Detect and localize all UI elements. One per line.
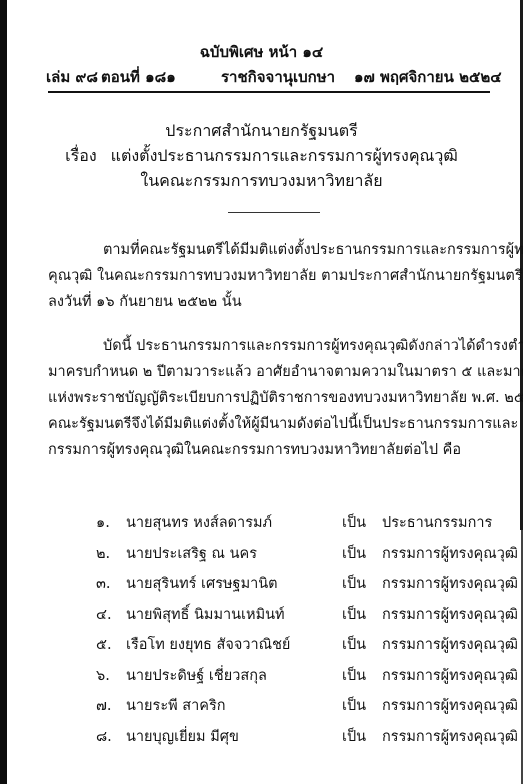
appointee-name: นายพิสุทธิ์ นิมมานเหมินท์: [126, 603, 285, 626]
item-number: ๔.: [96, 603, 122, 626]
item-number: ๗.: [96, 694, 122, 717]
header-divider: [48, 91, 490, 93]
appointee-name: เรือโท ยงยุทธ สัจจวาณิชย์: [126, 633, 290, 656]
appointee-name: นายสุรินทร์ เศรษฐมานิต: [126, 572, 278, 595]
item-number: ๘.: [96, 725, 122, 748]
appointee-role: กรรมการผู้ทรงคุณวุฒิ: [382, 633, 518, 656]
paragraph-line: ตามที่คณะรัฐมนตรีได้มีมติแต่งตั้งประธานก…: [48, 237, 493, 263]
item-number: ๖.: [96, 664, 122, 687]
appointee-name: นายระพี สาคริก: [126, 694, 226, 717]
list-item: ๒. นายประเสริฐ ณ นคร เป็น กรรมการผู้ทรงค…: [96, 542, 506, 573]
list-item: ๕. เรือโท ยงยุทธ สัจจวาณิชย์ เป็น กรรมกา…: [96, 633, 506, 664]
paragraph-line: ลงวันที่ ๑๖ กันยายน ๒๕๒๒ นั้น: [48, 289, 493, 315]
role-verb: เป็น: [342, 664, 366, 687]
title-divider: [228, 212, 320, 213]
subject-text: แต่งตั้งประธานกรรมการและกรรมการผู้ทรงคุณ…: [111, 146, 458, 165]
item-number: ๕.: [96, 633, 122, 656]
list-item: ๘. นายบุญเยี่ยม มีศุข เป็น กรรมการผู้ทรง…: [96, 725, 506, 756]
appointee-name: นายบุญเยี่ยม มีศุข: [126, 725, 239, 748]
appointee-role: กรรมการผู้ทรงคุณวุฒิ: [382, 603, 518, 626]
list-item: ๖. นายประดิษฐ์ เชี่ยวสกุล เป็น กรรมการผู…: [96, 664, 506, 695]
role-verb: เป็น: [342, 725, 366, 748]
role-verb: เป็น: [342, 511, 366, 534]
item-number: ๓.: [96, 572, 122, 595]
appointee-role: กรรมการผู้ทรงคุณวุฒิ: [382, 542, 518, 565]
list-item: ๗. นายระพี สาคริก เป็น กรรมการผู้ทรงคุณว…: [96, 694, 506, 725]
appointee-name: นายประเสริฐ ณ นคร: [126, 542, 257, 565]
issue-number: ตอนที่ ๑๘๑: [101, 65, 176, 89]
appointee-role: กรรมการผู้ทรงคุณวุฒิ: [382, 572, 518, 595]
appointee-role: กรรมการผู้ทรงคุณวุฒิ: [382, 694, 518, 717]
paragraph-line: กรรมการผู้ทรงคุณวุฒิในคณะกรรมการทบวงมหาว…: [48, 437, 493, 463]
role-verb: เป็น: [342, 572, 366, 595]
gazette-name: ราชกิจจานุเบกษา: [221, 65, 335, 89]
appointee-role: กรรมการผู้ทรงคุณวุฒิ: [382, 664, 518, 687]
list-item: ๑. นายสุนทร หงส์ลดารมภ์ เป็น ประธานกรรมก…: [96, 511, 506, 542]
announcement-heading: ประกาศสำนักนายกรัฐมนตรี: [0, 118, 523, 143]
body-paragraph-2: บัดนี้ ประธานกรรมการและกรรมการผู้ทรงคุณว…: [48, 333, 493, 463]
subject-label: เรื่อง: [65, 146, 96, 165]
list-item: ๓. นายสุรินทร์ เศรษฐมานิต เป็น กรรมการผู…: [96, 572, 506, 603]
paragraph-line: คุณวุฒิ ในคณะกรรมการทบวงมหาวิทยาลัย ตามป…: [48, 263, 493, 289]
role-verb: เป็น: [342, 603, 366, 626]
appointee-name: นายประดิษฐ์ เชี่ยวสกุล: [126, 664, 267, 687]
role-verb: เป็น: [342, 633, 366, 656]
paragraph-line: บัดนี้ ประธานกรรมการและกรรมการผู้ทรงคุณว…: [48, 333, 493, 359]
role-verb: เป็น: [342, 694, 366, 717]
appointee-role: กรรมการผู้ทรงคุณวุฒิ: [382, 725, 518, 748]
role-verb: เป็น: [342, 542, 366, 565]
announcement-title: ประกาศสำนักนายกรัฐมนตรี เรื่องแต่งตั้งปร…: [0, 118, 523, 193]
item-number: ๑.: [96, 511, 122, 534]
edition-page-line: ฉบับพิเศษ หน้า ๑๔: [0, 40, 523, 64]
appointee-list: ๑. นายสุนทร หงส์ลดารมภ์ เป็น ประธานกรรมก…: [96, 511, 506, 755]
publication-date: ๑๗ พฤศจิกายน ๒๕๒๔: [354, 65, 502, 89]
paragraph-line: แห่งพระราชบัญญัติระเบียบการปฏิบัติราชการ…: [48, 385, 493, 411]
paragraph-line: มาครบกำหนด ๒ ปีตามวาระแล้ว อาศัยอำนาจตาม…: [48, 359, 493, 385]
item-number: ๒.: [96, 542, 122, 565]
subject-line: เรื่องแต่งตั้งประธานกรรมการและกรรมการผู้…: [0, 143, 523, 168]
volume-number: เล่ม ๙๘: [46, 65, 98, 89]
appointee-name: นายสุนทร หงส์ลดารมภ์: [126, 511, 272, 534]
body-paragraph-1: ตามที่คณะรัฐมนตรีได้มีมติแต่งตั้งประธานก…: [48, 237, 493, 315]
appointee-role: ประธานกรรมการ: [382, 511, 492, 534]
gazette-page: ฉบับพิเศษ หน้า ๑๔ เล่ม ๙๘ ตอนที่ ๑๘๑ ราช…: [0, 0, 523, 784]
paragraph-line: คณะรัฐมนตรีจึงได้มีมติแต่งตั้งให้ผู้มีนา…: [48, 411, 493, 437]
list-item: ๔. นายพิสุทธิ์ นิมมานเหมินท์ เป็น กรรมกา…: [96, 603, 506, 634]
subject-line-2: ในคณะกรรมการทบวงมหาวิทยาลัย: [0, 168, 523, 193]
